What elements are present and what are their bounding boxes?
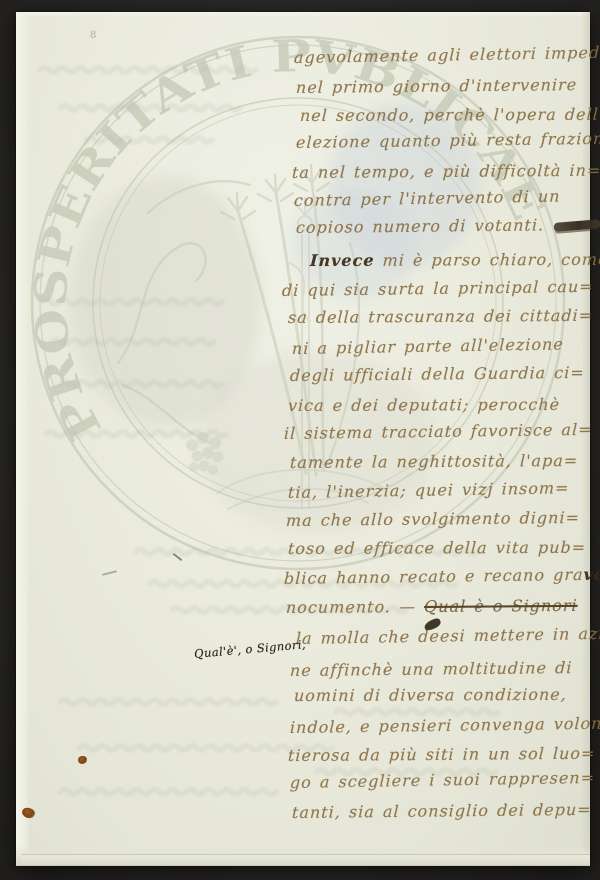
photo-backdrop: PROSPERITATI PVBLICAE [0,0,600,880]
manuscript-line: ma che allo svolgimento digni= [286,508,581,530]
manuscript-line: elezione quanto più resta fraziona= [296,128,600,152]
manuscript-line: ne affinchè una moltitudine di [290,658,573,680]
manuscript-line: tanti, sia al consiglio dei depu= [292,800,592,822]
manuscript-line: la molla che deesi mettere in azio= [296,623,600,648]
manuscript-line: toso ed efficace della vita pub= [288,538,587,558]
manuscript-line: sa della trascuranza dei cittadi= [288,306,594,327]
manuscript-text: agevolamente agli elettori impediti.nel … [16,12,590,866]
manuscript-line: vica e dei deputati; perocchè [288,395,561,415]
manuscript-line: copioso numero di votanti. [296,215,600,237]
manuscript-line: tamente la neghittosità, l'apa= [290,451,579,472]
manuscript-line: degli ufficiali della Guardia ci= [290,363,586,385]
manuscript-line: indole, e pensieri convenga volon= [290,714,600,737]
manuscript-line: go a scegliere i suoi rappresen= [290,768,596,792]
manuscript-line: ni a pigliar parte all'elezione [292,334,564,358]
manuscript-line: di qui sia surta la principal cau= [282,277,594,300]
manuscript-line: nel primo giorno d'intervenire [296,75,578,97]
manuscript-line: tierosa da più siti in un sol luo= [288,744,596,765]
pencil-mark: 8 [90,30,96,41]
manuscript-line: nocumento. — Qual è o Signori [286,596,579,617]
manuscript-line: ta nel tempo, e più difficoltà in= [292,161,600,182]
manuscript-line: Invece mi è parso chiaro, come [310,250,600,270]
manuscript-line: agevolamente agli elettori impediti. [294,42,600,67]
manuscript-line: blica hanno recato e recano grave [284,565,600,588]
manuscript-line: contra per l'intervento di un [294,187,561,210]
manuscript-line: uomini di diversa condizione, [294,685,568,705]
manuscript-page: PROSPERITATI PVBLICAE [16,12,590,866]
manuscript-line: tia, l'inerzia; quei vizj insom= [288,478,570,502]
manuscript-line: il sistema tracciato favorisce al= [284,420,593,443]
manuscript-line: nel secondo, perchè l'opera dell' [300,105,600,125]
